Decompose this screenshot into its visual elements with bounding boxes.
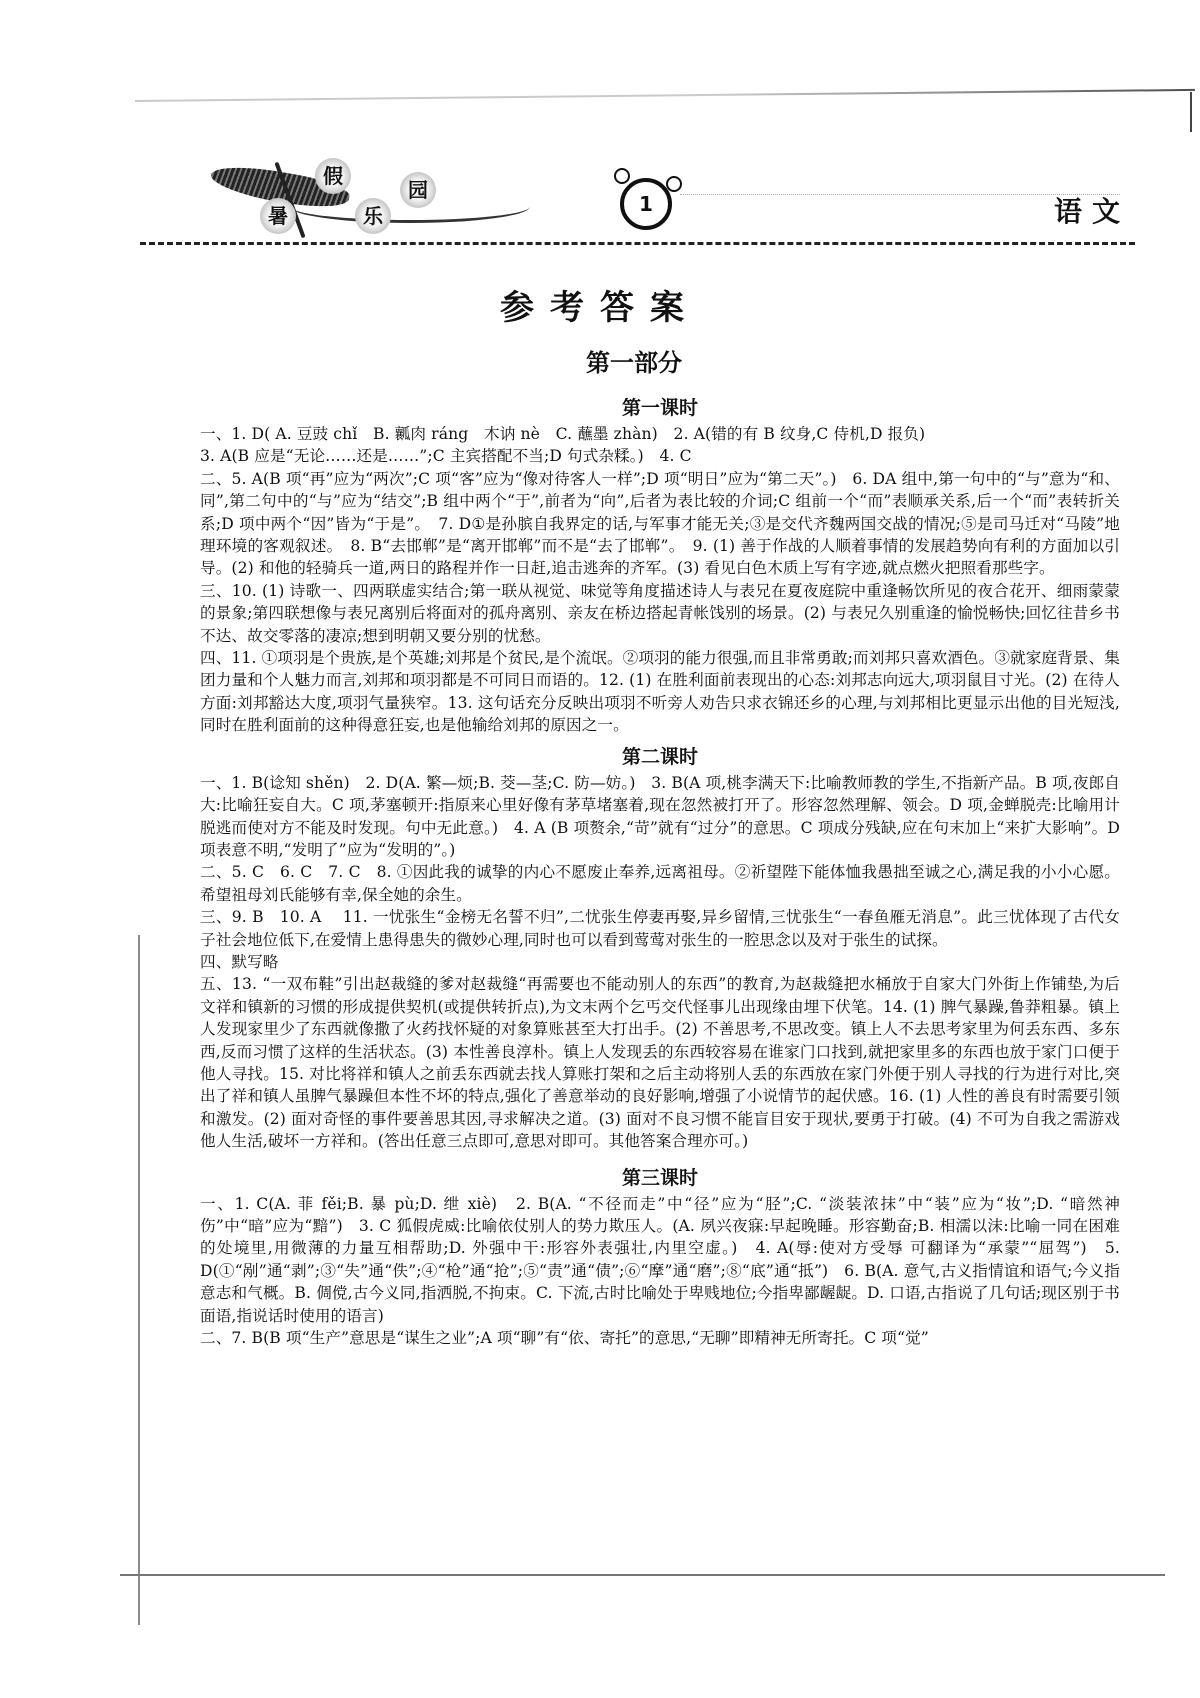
page-number-badge: 1 [620, 178, 672, 230]
scan-edge-right [1190, 92, 1192, 132]
scan-edge-left [138, 935, 140, 1625]
header-dashed-rule [140, 242, 1135, 245]
logo-char: 暑 [260, 198, 296, 234]
page-header: 暑 假 乐 园 1 语文 [190, 150, 1130, 240]
answer-paragraph: 五、13. “一双布鞋”引出赵裁缝的爹对赵裁缝“再需要也不能动别人的东西”的教育… [200, 973, 1120, 1152]
answer-paragraph: 3. A(B 应是“无论……还是……”;C 主宾搭配不当;D 句式杂糅。) 4.… [200, 445, 1120, 467]
answer-paragraph: 四、默写略 [200, 951, 1120, 973]
scan-edge-bottom [120, 1574, 1165, 1576]
scan-edge-top [135, 89, 1195, 102]
part-title: 第一部分 [0, 343, 1200, 378]
badge-ear-icon [666, 176, 682, 192]
answer-paragraph: 四、11. ①项羽是个贵族,是个英雄;刘邦是个贫民,是个流氓。②项羽的能力很强,… [200, 647, 1120, 737]
answer-paragraph: 三、9. B 10. A 11. 一忧张生“金榜无名誓不归”,二忧张生停妻再娶,… [200, 906, 1120, 951]
answer-paragraph: 二、7. B(B 项“生产”意思是“谋生之业”;A 项“聊”有“依、寄托”的意思… [200, 1327, 1120, 1349]
answer-content: 第一课时 一、1. D( A. 豆豉 chǐ B. 瓤肉 ráng 木讷 nè … [200, 393, 1120, 1349]
section-heading: 第二课时 [200, 742, 1120, 772]
page-number: 1 [639, 192, 653, 216]
logo-char: 乐 [355, 198, 391, 234]
answer-paragraph: 二、5. A(B 项“再”应为“两次”;C 项“客”应为“像对待客人一样”;D … [200, 468, 1120, 580]
summer-holiday-logo: 暑 假 乐 园 [190, 150, 550, 240]
logo-char: 假 [315, 158, 351, 194]
subject-label: 语文 [1054, 190, 1130, 230]
section-heading: 第三课时 [200, 1163, 1120, 1193]
answer-paragraph: 一、1. D( A. 豆豉 chǐ B. 瓤肉 ráng 木讷 nè C. 蘸墨… [200, 423, 1120, 445]
answer-paragraph: 三、10. (1) 诗歌一、四两联虚实结合;第一联从视觉、味觉等角度描述诗人与表… [200, 580, 1120, 647]
badge-ear-icon [614, 168, 630, 184]
logo-char: 园 [400, 172, 436, 208]
answer-paragraph: 一、1. C(A. 菲 fěi;B. 暴 pù;D. 绁 xiè) 2. B(A… [200, 1193, 1120, 1327]
answer-paragraph: 二、5. C 6. C 7. C 8. ①因此我的诚挚的内心不愿废止奉养,远离祖… [200, 861, 1120, 906]
answer-paragraph: 一、1. B(谂知 shěn) 2. D(A. 繁—烦;B. 茭—茎;C. 防—… [200, 772, 1120, 862]
section-heading: 第一课时 [200, 393, 1120, 423]
page-title: 参考答案 [0, 280, 1200, 329]
